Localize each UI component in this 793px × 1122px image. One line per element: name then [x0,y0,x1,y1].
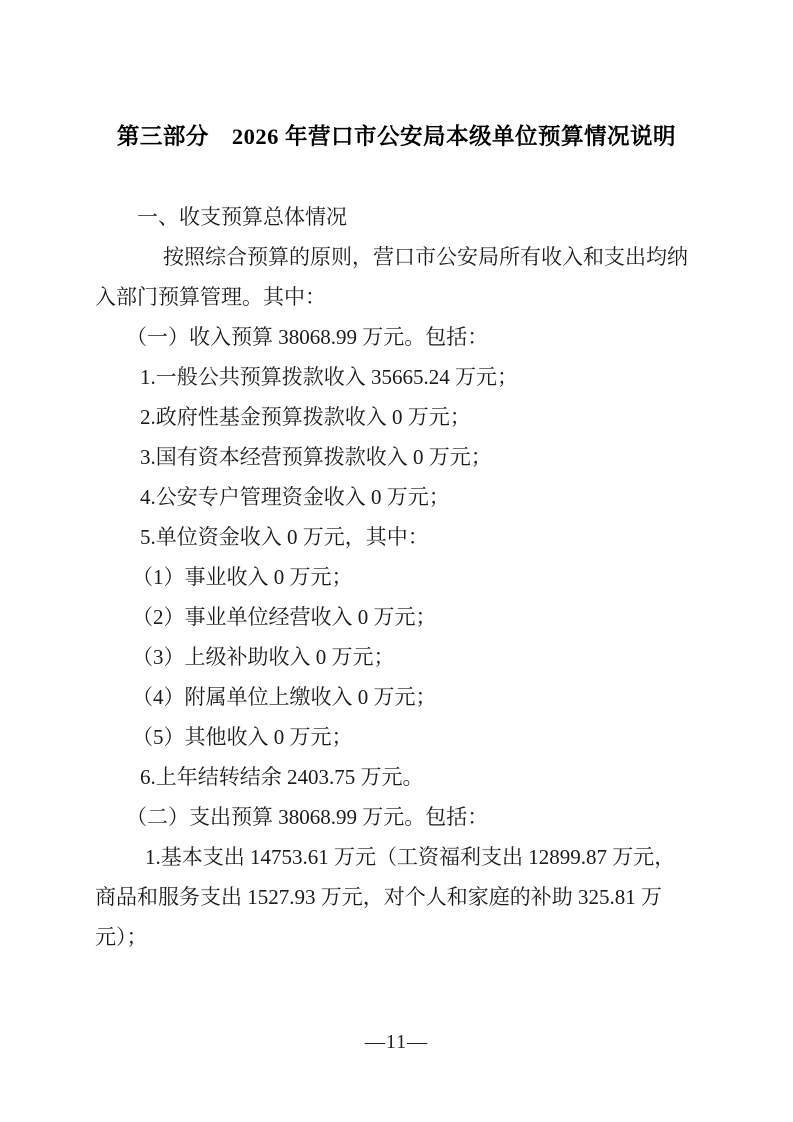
document-title: 第三部分 2026 年营口市公安局本级单位预算情况说明 [0,119,793,151]
paragraph-expense-heading: （二）支出预算 38068.99 万元。包括： [95,797,701,837]
paragraph-income-subitem-5: （5）其他收入 0 万元； [95,717,701,757]
paragraph-income-item-3: 3.国有资本经营预算拨款收入 0 万元； [95,437,701,477]
paragraph-income-subitem-4: （4）附属单位上缴收入 0 万元； [95,677,701,717]
paragraph-section-heading: 一、收支预算总体情况 [95,197,701,237]
page-number: —11— [0,1030,793,1054]
paragraph-intro-line-2: 入部门预算管理。其中： [95,277,701,317]
paragraph-expense-item-1-line-3: 元）； [95,917,701,957]
paragraph-income-item-6: 6.上年结转结余 2403.75 万元。 [95,757,701,797]
paragraph-income-item-5: 5.单位资金收入 0 万元，其中： [95,517,701,557]
document-body: 一、收支预算总体情况 按照综合预算的原则，营口市公安局所有收入和支出均纳 入部门… [95,197,701,957]
paragraph-expense-item-1-line-1: 1.基本支出 14753.61 万元（工资福利支出 12899.87 万元， [95,837,701,877]
paragraph-income-item-4: 4.公安专户管理资金收入 0 万元； [95,477,701,517]
paragraph-income-item-2: 2.政府性基金预算拨款收入 0 万元； [95,397,701,437]
paragraph-income-subitem-2: （2）事业单位经营收入 0 万元； [95,597,701,637]
paragraph-income-subitem-3: （3）上级补助收入 0 万元； [95,637,701,677]
document-page: 第三部分 2026 年营口市公安局本级单位预算情况说明 一、收支预算总体情况 按… [0,0,793,1122]
paragraph-income-subitem-1: （1）事业收入 0 万元； [95,557,701,597]
paragraph-income-item-1: 1.一般公共预算拨款收入 35665.24 万元； [95,357,701,397]
paragraph-expense-item-1-line-2: 商品和服务支出 1527.93 万元，对个人和家庭的补助 325.81 万 [95,877,701,917]
paragraph-income-heading: （一）收入预算 38068.99 万元。包括： [95,317,701,357]
paragraph-intro-line-1: 按照综合预算的原则，营口市公安局所有收入和支出均纳 [95,237,701,277]
